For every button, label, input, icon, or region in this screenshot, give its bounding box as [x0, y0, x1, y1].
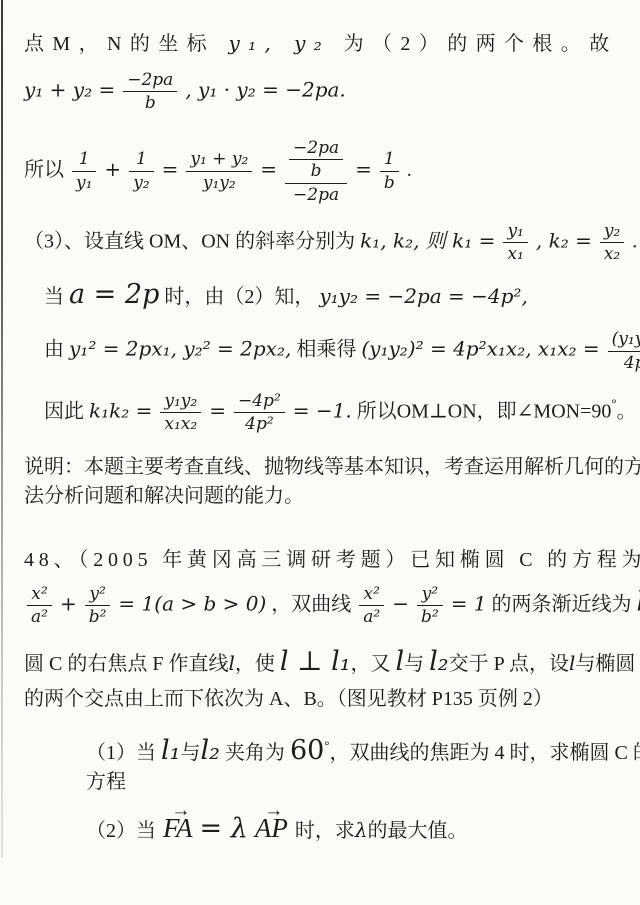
operator: = [162, 157, 179, 181]
math-run: , y₁ · y₂ = −2pa. [185, 77, 345, 101]
math-run: (y₁y₂)² = 4p²x₁x₂, x₁x₂ = [361, 337, 599, 361]
math-run: y₁² = 2px₁, y₂² = 2px₂, [69, 337, 291, 361]
note-paragraph: 说明：本题主要考查直线、抛物线等基本知识，考查运用解析几何的方 法分析问题和解决… [24, 453, 628, 511]
fraction: 1 y₂ [129, 149, 153, 193]
fraction-denominator: b² [417, 606, 443, 627]
text-run: （3）、设直线 OM、ON 的斜率分别为 [24, 230, 355, 252]
text-run: 时，由（2）知， [164, 286, 314, 308]
text-run: 当 [44, 286, 64, 308]
line-squares-multiply: 由 y₁² = 2px₁, y₂² = 2px₂, 相乘得 (y₁y₂)² = … [44, 329, 628, 373]
problem-48-item-2: （2）当 →FA = λ →AP 时，求λ的最大值。 [86, 810, 628, 847]
text-run: （2）当 [86, 820, 156, 842]
text-run: 的两条渐近线为 [492, 593, 632, 615]
text-run: . [407, 159, 412, 181]
line-slope-product: 因此 k₁k₂ = y₁y₂ x₁x₂ = −4p² 4p² = −1. 所以O… [44, 391, 628, 435]
text-run: 。 [617, 400, 637, 422]
math-run: = −1. [293, 398, 352, 422]
text-run: 与椭圆 C [575, 653, 640, 675]
math-run: = 1(a > b > 0) [118, 591, 266, 615]
math-run: y₁y₂ = −2pa = −4p², [319, 284, 527, 308]
math-run: l₁, l₂ [637, 586, 640, 617]
problem-48-equation: x² a² + y² b² = 1(a > b > 0) ，双曲线 x² a² … [24, 584, 628, 628]
operator: + [60, 591, 77, 615]
fraction-numerator: (y₁y₂)² [608, 329, 640, 351]
math-run: l [396, 646, 405, 677]
fraction: y² b² [417, 584, 443, 628]
fraction-numerator: x² [359, 584, 384, 606]
fraction-numerator: y₁ + y₂ [186, 149, 252, 171]
fraction-numerator: 1 [72, 149, 96, 171]
fraction-numerator: −2pa b [285, 138, 347, 184]
fraction-numerator: y² [417, 584, 443, 606]
document-page: 点M，N的坐标 y₁, y₂ 为（2）的两个根。故 y₁ + y₂ = −2pa… [0, 0, 640, 905]
vector-arrow-icon: → [171, 798, 190, 824]
line-slopes: （3）、设直线 OM、ON 的斜率分别为 k₁, k₂, 则 k₁ = y₁ x… [24, 221, 628, 265]
fraction-numerator: x² [27, 584, 52, 606]
vector-FA: →FA [163, 810, 193, 846]
math-run: k₁, k₂, 则 k₁ = [360, 228, 495, 252]
math-run: a = 2p [69, 279, 159, 310]
fraction-denominator: x₂ [600, 243, 624, 264]
fraction-numerator: −4p² [234, 391, 285, 413]
math-run: l₁ [161, 735, 180, 766]
fraction: x² a² [27, 584, 52, 628]
fraction: −4p² 4p² [234, 391, 285, 435]
text-run: （1）当 [86, 742, 156, 764]
fraction-numerator: y₁ [503, 221, 527, 243]
fraction-denominator: y₂ [129, 172, 153, 193]
operator: = [355, 157, 372, 181]
fraction: y₁ + y₂ y₁y₂ [186, 149, 252, 193]
math-run: = λ [200, 813, 248, 844]
text-run: 为（2）的两个根。故 [344, 33, 618, 55]
math-run: l ⊥ l₁ [280, 646, 351, 677]
text-run: 与 [404, 653, 424, 675]
text-run: 相乘得 [296, 339, 356, 361]
fraction: x² a² [359, 584, 384, 628]
fraction: 1 b [380, 149, 399, 193]
fraction-numerator: y² [85, 584, 111, 606]
math-run: 60 [290, 735, 324, 766]
math-run: , k₂ = [536, 228, 592, 252]
text-run: 与 [180, 742, 200, 764]
operator: + [104, 157, 121, 181]
text-run: 圆 C 的右焦点 F 作直线 [24, 653, 228, 675]
text-run: 所以OM⊥ON，即∠MON=90 [357, 400, 612, 422]
fraction: −2pa b [289, 138, 343, 182]
fraction-numerator: −2pa [289, 138, 343, 160]
text-run: ，双曲线的焦距为 4 时，求椭圆 C 的 [330, 742, 640, 764]
fraction-denominator: y₁y₂ [186, 172, 252, 193]
fraction-numerator: 1 [380, 149, 399, 171]
vector-arrow-icon: → [264, 798, 283, 824]
equation-reciprocal: 所以 1 y₁ + 1 y₂ = y₁ + y₂ y₁y₂ = −2pa b [24, 138, 628, 205]
text-run: ，又 [351, 653, 391, 675]
text-run: 由 [44, 339, 64, 361]
text-run: 因此 [44, 400, 84, 422]
fraction-denominator: x₁ [503, 243, 527, 264]
math-run: k₁k₂ = [89, 398, 152, 422]
fraction-denominator: b [380, 172, 399, 193]
text-run: ，双曲线 [271, 593, 351, 615]
fraction: y₁ x₁ [503, 221, 527, 265]
problem-48-header: 48、（2005 年黄冈高三调研考题）已知椭圆 C 的方程为 [24, 547, 628, 574]
fraction-denominator: b² [85, 606, 111, 627]
math-run: l₂ [200, 735, 219, 766]
note-line-2: 法分析问题和解决问题的能力。 [24, 482, 628, 511]
fraction-denominator: −2pa [285, 184, 347, 205]
fraction-denominator: x₁x₂ [160, 413, 201, 434]
text-run: ，使 [235, 653, 275, 675]
problem-48-item-1-wrap: 方程 [86, 769, 628, 796]
math-run: y₁ + y₂ = [24, 77, 115, 101]
fraction-denominator: a² [27, 606, 52, 627]
text-run: 夹角为 [225, 742, 285, 764]
line-roots: 点M，N的坐标 y₁, y₂ 为（2）的两个根。故 [24, 30, 628, 58]
fraction-denominator: 4p² [608, 352, 640, 373]
fraction: y² b² [85, 584, 111, 628]
fraction: 1 y₁ [72, 149, 96, 193]
text-run: 点M，N的坐标 [24, 33, 215, 55]
fraction-numerator: y₁y₂ [160, 391, 201, 413]
line-a-equals-2p: 当 a = 2p 时，由（2）知， y₁y₂ = −2pa = −4p², [44, 277, 628, 313]
page-content: 点M，N的坐标 y₁, y₂ 为（2）的两个根。故 y₁ + y₂ = −2pa… [0, 0, 640, 848]
fraction: −2pa b [123, 70, 177, 114]
fraction-numerator: 1 [129, 149, 153, 171]
fraction-denominator: b [289, 160, 343, 181]
fraction-numerator: −2pa [123, 70, 177, 92]
text-run: 所以 [24, 159, 64, 181]
fraction-denominator: a² [359, 606, 384, 627]
math-run: = 1 [451, 591, 487, 615]
text-run: 时，求 [295, 820, 355, 842]
note-line-1: 说明：本题主要考查直线、抛物线等基本知识，考查运用解析几何的方 [24, 453, 628, 482]
lambda-symbol: λ [355, 818, 368, 842]
problem-48-text-line-1: 圆 C 的右焦点 F 作直线l，使 l ⊥ l₁，又 l与 l₂交于 P 点，设… [24, 644, 628, 680]
fraction: y₁y₂ x₁x₂ [160, 391, 201, 435]
operator: = [209, 398, 226, 422]
math-run: l₂ [429, 646, 448, 677]
equation-vieta: y₁ + y₂ = −2pa b , y₁ · y₂ = −2pa. [24, 70, 628, 114]
operator: = [260, 157, 277, 181]
fraction-denominator: b [123, 92, 177, 113]
compound-fraction: −2pa b −2pa [285, 138, 347, 205]
vector-AP: →AP [255, 810, 288, 846]
problem-48-item-1: （1）当 l₁与l₂ 夹角为 60°，双曲线的焦距为 4 时，求椭圆 C 的 [86, 733, 628, 769]
fraction-denominator: 4p² [234, 413, 285, 434]
problem-48-text-line-2: 的两个交点由上而下依次为 A、B。（图见教材 P135 页例 2） [24, 686, 628, 713]
math-run: y₁, y₂ [228, 31, 330, 55]
text-run: 的最大值。 [368, 820, 468, 842]
text-run: 交于 P 点，设 [449, 653, 569, 675]
fraction: y₂ x₂ [600, 221, 624, 265]
fraction: (y₁y₂)² 4p² [608, 329, 640, 373]
fraction-numerator: y₂ [600, 221, 624, 243]
fraction-denominator: y₁ [72, 172, 96, 193]
operator: − [392, 591, 409, 615]
text-run: . [632, 230, 637, 252]
